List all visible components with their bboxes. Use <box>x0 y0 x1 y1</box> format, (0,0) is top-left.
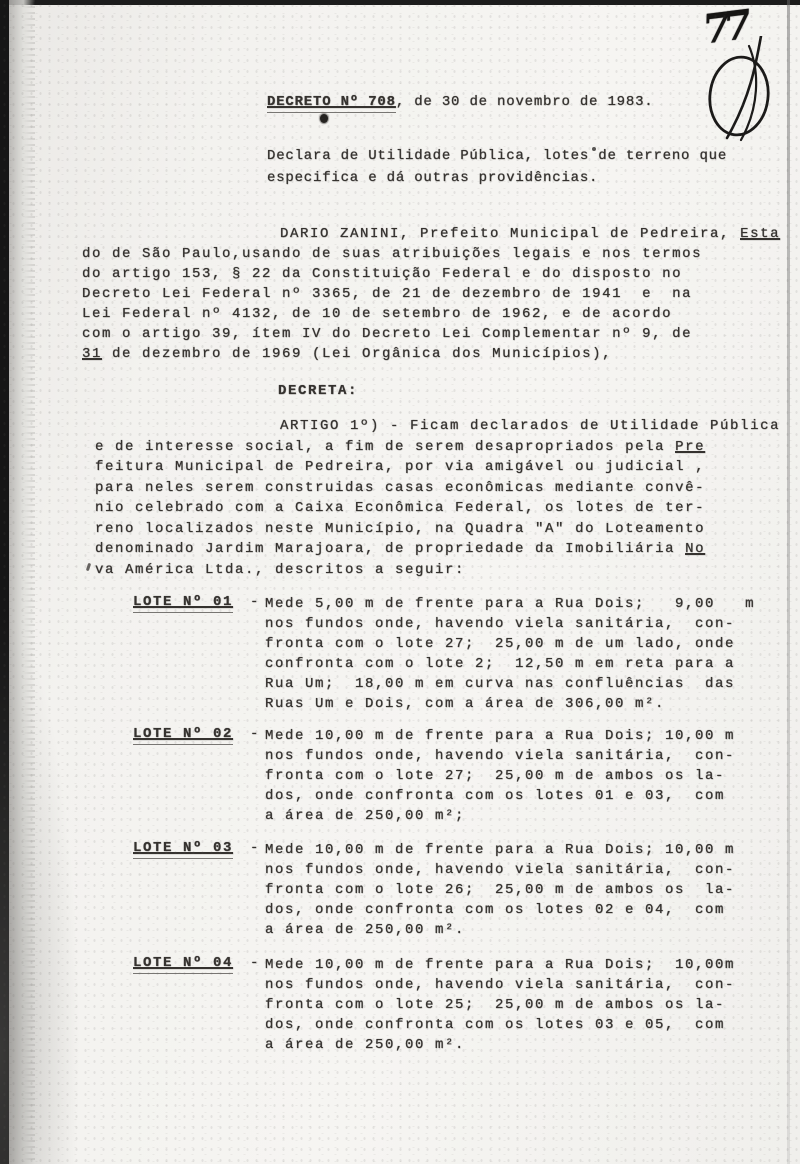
preamble-line: Decreto Lei Federal nº 3365, de 21 de de… <box>82 284 780 304</box>
lote-line: nos fundos onde, havendo viela sanitária… <box>265 614 755 634</box>
lote-line: confronta com o lote 2; 12,50 m em reta … <box>265 654 755 674</box>
decree-preamble: DARIO ZANINI, Prefeito Municipal de Pedr… <box>82 224 780 364</box>
lote-line: a área de 250,00 m². <box>265 920 735 940</box>
lote-line: Mede 5,00 m de frente para a Rua Dois; 9… <box>265 594 755 614</box>
hyphenation-underline: Esta <box>740 226 780 242</box>
lote-01-dash: - <box>250 594 260 610</box>
lote-02-label: LOTE Nº 02 <box>133 726 233 745</box>
preamble-line: com o artigo 39, ítem IV do Decreto Lei … <box>82 324 780 344</box>
preamble-line: do de São Paulo,usando de suas atribuiçõ… <box>82 244 780 264</box>
lote-02-description: Mede 10,00 m de frente para a Rua Dois; … <box>265 726 735 826</box>
decree-title-line: DECRETO Nº 708, de 30 de novembro de 198… <box>267 92 653 112</box>
preamble-text: de dezembro de 1969 (Lei Orgânica dos Mu… <box>102 346 612 362</box>
hyphenation-underline: No <box>685 541 705 557</box>
lote-03-dash: - <box>250 840 260 856</box>
lote-line: a área de 250,00 m². <box>265 1035 735 1055</box>
article-line: para neles serem construidas casas econô… <box>95 478 780 499</box>
article-text: denominado Jardim Marajoara, de propried… <box>95 541 685 557</box>
lote-line: fronta com o lote 27; 25,00 m de um lado… <box>265 634 755 654</box>
lote-line: a área de 250,00 m²; <box>265 806 735 826</box>
article-1: ARTIGO 1º) - Ficam declarados de Utilida… <box>95 416 780 580</box>
lote-01-description: Mede 5,00 m de frente para a Rua Dois; 9… <box>265 594 755 714</box>
decree-number: DECRETO Nº 708 <box>267 94 396 113</box>
preamble-text: DARIO ZANINI, Prefeito Municipal de Pedr… <box>280 226 740 242</box>
decreta-heading: DECRETA: <box>278 381 358 401</box>
lote-line: Rua Um; 18,00 m em curva nas confluência… <box>265 674 755 694</box>
preamble-line: 31 de dezembro de 1969 (Lei Orgânica dos… <box>82 344 780 364</box>
lote-03-label: LOTE Nº 03 <box>133 840 233 859</box>
article-line: nio celebrado com a Caixa Econômica Fede… <box>95 498 780 519</box>
ink-speck <box>86 563 91 572</box>
article-line: ARTIGO 1º) - Ficam declarados de Utilida… <box>95 416 780 437</box>
article-line: denominado Jardim Marajoara, de propried… <box>95 539 780 560</box>
lote-line: fronta com o lote 25; 25,00 m de ambos o… <box>265 995 735 1015</box>
article-line: reno localizados neste Município, na Qua… <box>95 519 780 540</box>
summary-line: Declara de Utilidade Pública, lotes de t… <box>267 145 727 167</box>
preamble-line: do artigo 153, § 22 da Constituição Fede… <box>82 264 780 284</box>
lote-line: Mede 10,00 m de frente para a Rua Dois; … <box>265 955 735 975</box>
summary-line: especifica e dá outras providências. <box>267 167 727 189</box>
underlined-number: 31 <box>82 346 102 362</box>
scanned-document-page: 77 DECRETO Nº 708, de 30 de novembro de … <box>0 0 800 1164</box>
lote-line: dos, onde confronta com os lotes 03 e 05… <box>265 1015 735 1035</box>
article-line: e de interesse social, a fim de serem de… <box>95 437 780 458</box>
decree-document: DECRETO Nº 708, de 30 de novembro de 198… <box>0 0 800 1164</box>
article-line: feitura Municipal de Pedreira, por via a… <box>95 457 780 478</box>
lote-line: Mede 10,00 m de frente para a Rua Dois; … <box>265 726 735 746</box>
lote-line: nos fundos onde, havendo viela sanitária… <box>265 746 735 766</box>
decree-summary: Declara de Utilidade Pública, lotes de t… <box>267 145 727 189</box>
lote-02-dash: - <box>250 726 260 742</box>
lote-01-label: LOTE Nº 01 <box>133 594 233 613</box>
lote-line: dos, onde confronta com os lotes 02 e 04… <box>265 900 735 920</box>
preamble-line: DARIO ZANINI, Prefeito Municipal de Pedr… <box>82 224 780 244</box>
article-line: va América Ltda., descritos a seguir: <box>95 560 780 581</box>
lote-03-description: Mede 10,00 m de frente para a Rua Dois; … <box>265 840 735 940</box>
hyphenation-underline: Pre <box>675 439 705 455</box>
ink-blot <box>320 114 328 123</box>
lote-line: nos fundos onde, havendo viela sanitária… <box>265 975 735 995</box>
lote-04-label: LOTE Nº 04 <box>133 955 233 974</box>
lote-line: fronta com o lote 27; 25,00 m de ambos o… <box>265 766 735 786</box>
article-text: e de interesse social, a fim de serem de… <box>95 439 675 455</box>
decree-date: , de 30 de novembro de 1983. <box>396 94 654 110</box>
lote-line: fronta com o lote 26; 25,00 m de ambos o… <box>265 880 735 900</box>
preamble-line: Lei Federal nº 4132, de 10 de setembro d… <box>82 304 780 324</box>
lote-line: nos fundos onde, havendo viela sanitária… <box>265 860 735 880</box>
lote-line: Mede 10,00 m de frente para a Rua Dois; … <box>265 840 735 860</box>
lote-04-description: Mede 10,00 m de frente para a Rua Dois; … <box>265 955 735 1055</box>
lote-line: dos, onde confronta com os lotes 01 e 03… <box>265 786 735 806</box>
lote-line: Ruas Um e Dois, com a área de 306,00 m². <box>265 694 755 714</box>
lote-04-dash: - <box>250 955 260 971</box>
